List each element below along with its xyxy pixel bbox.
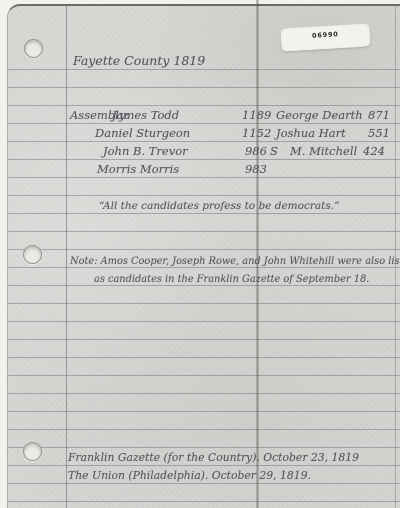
handwritten-title: Fayette County 1819	[73, 53, 205, 68]
vote-count: 551	[368, 126, 390, 141]
vote-count: 424	[363, 144, 385, 159]
note-line-2: as candidates in the Franklin Gazette of…	[94, 272, 369, 287]
initial-mark: S	[270, 144, 278, 159]
note-line-1: Note: Amos Cooper, Joseph Rowe, and John…	[70, 254, 400, 269]
punch-hole-middle	[23, 245, 42, 264]
catalog-number: 06990	[281, 28, 370, 41]
candidate-name: John B. Trevor	[103, 144, 188, 159]
scanned-document-page: 06990 Fayette County 1819 Assembly: Jame…	[0, 0, 400, 508]
vote-count: 986	[245, 144, 267, 159]
candidate-name: James Todd	[112, 108, 179, 123]
source-line-1: Franklin Gazette (for the Country). Octo…	[68, 450, 359, 465]
vote-count: 871	[368, 108, 390, 123]
punch-hole-top	[24, 39, 43, 58]
candidate-name: M. Mitchell	[290, 144, 357, 159]
source-line-2: The Union (Philadelphia). October 29, 18…	[68, 468, 311, 483]
candidate-name: Daniel Sturgeon	[95, 126, 190, 141]
vote-count: 983	[245, 162, 267, 177]
punch-hole-bottom	[23, 442, 42, 461]
candidate-name: George Dearth	[276, 108, 363, 123]
margin-line	[66, 4, 67, 508]
candidate-name: Morris Morris	[97, 162, 179, 177]
vote-count: 1189	[242, 108, 271, 123]
handwritten-quote: “All the candidates profess to be democr…	[99, 199, 339, 214]
candidate-name: Joshua Hart	[276, 126, 346, 141]
vote-count: 1152	[242, 126, 271, 141]
